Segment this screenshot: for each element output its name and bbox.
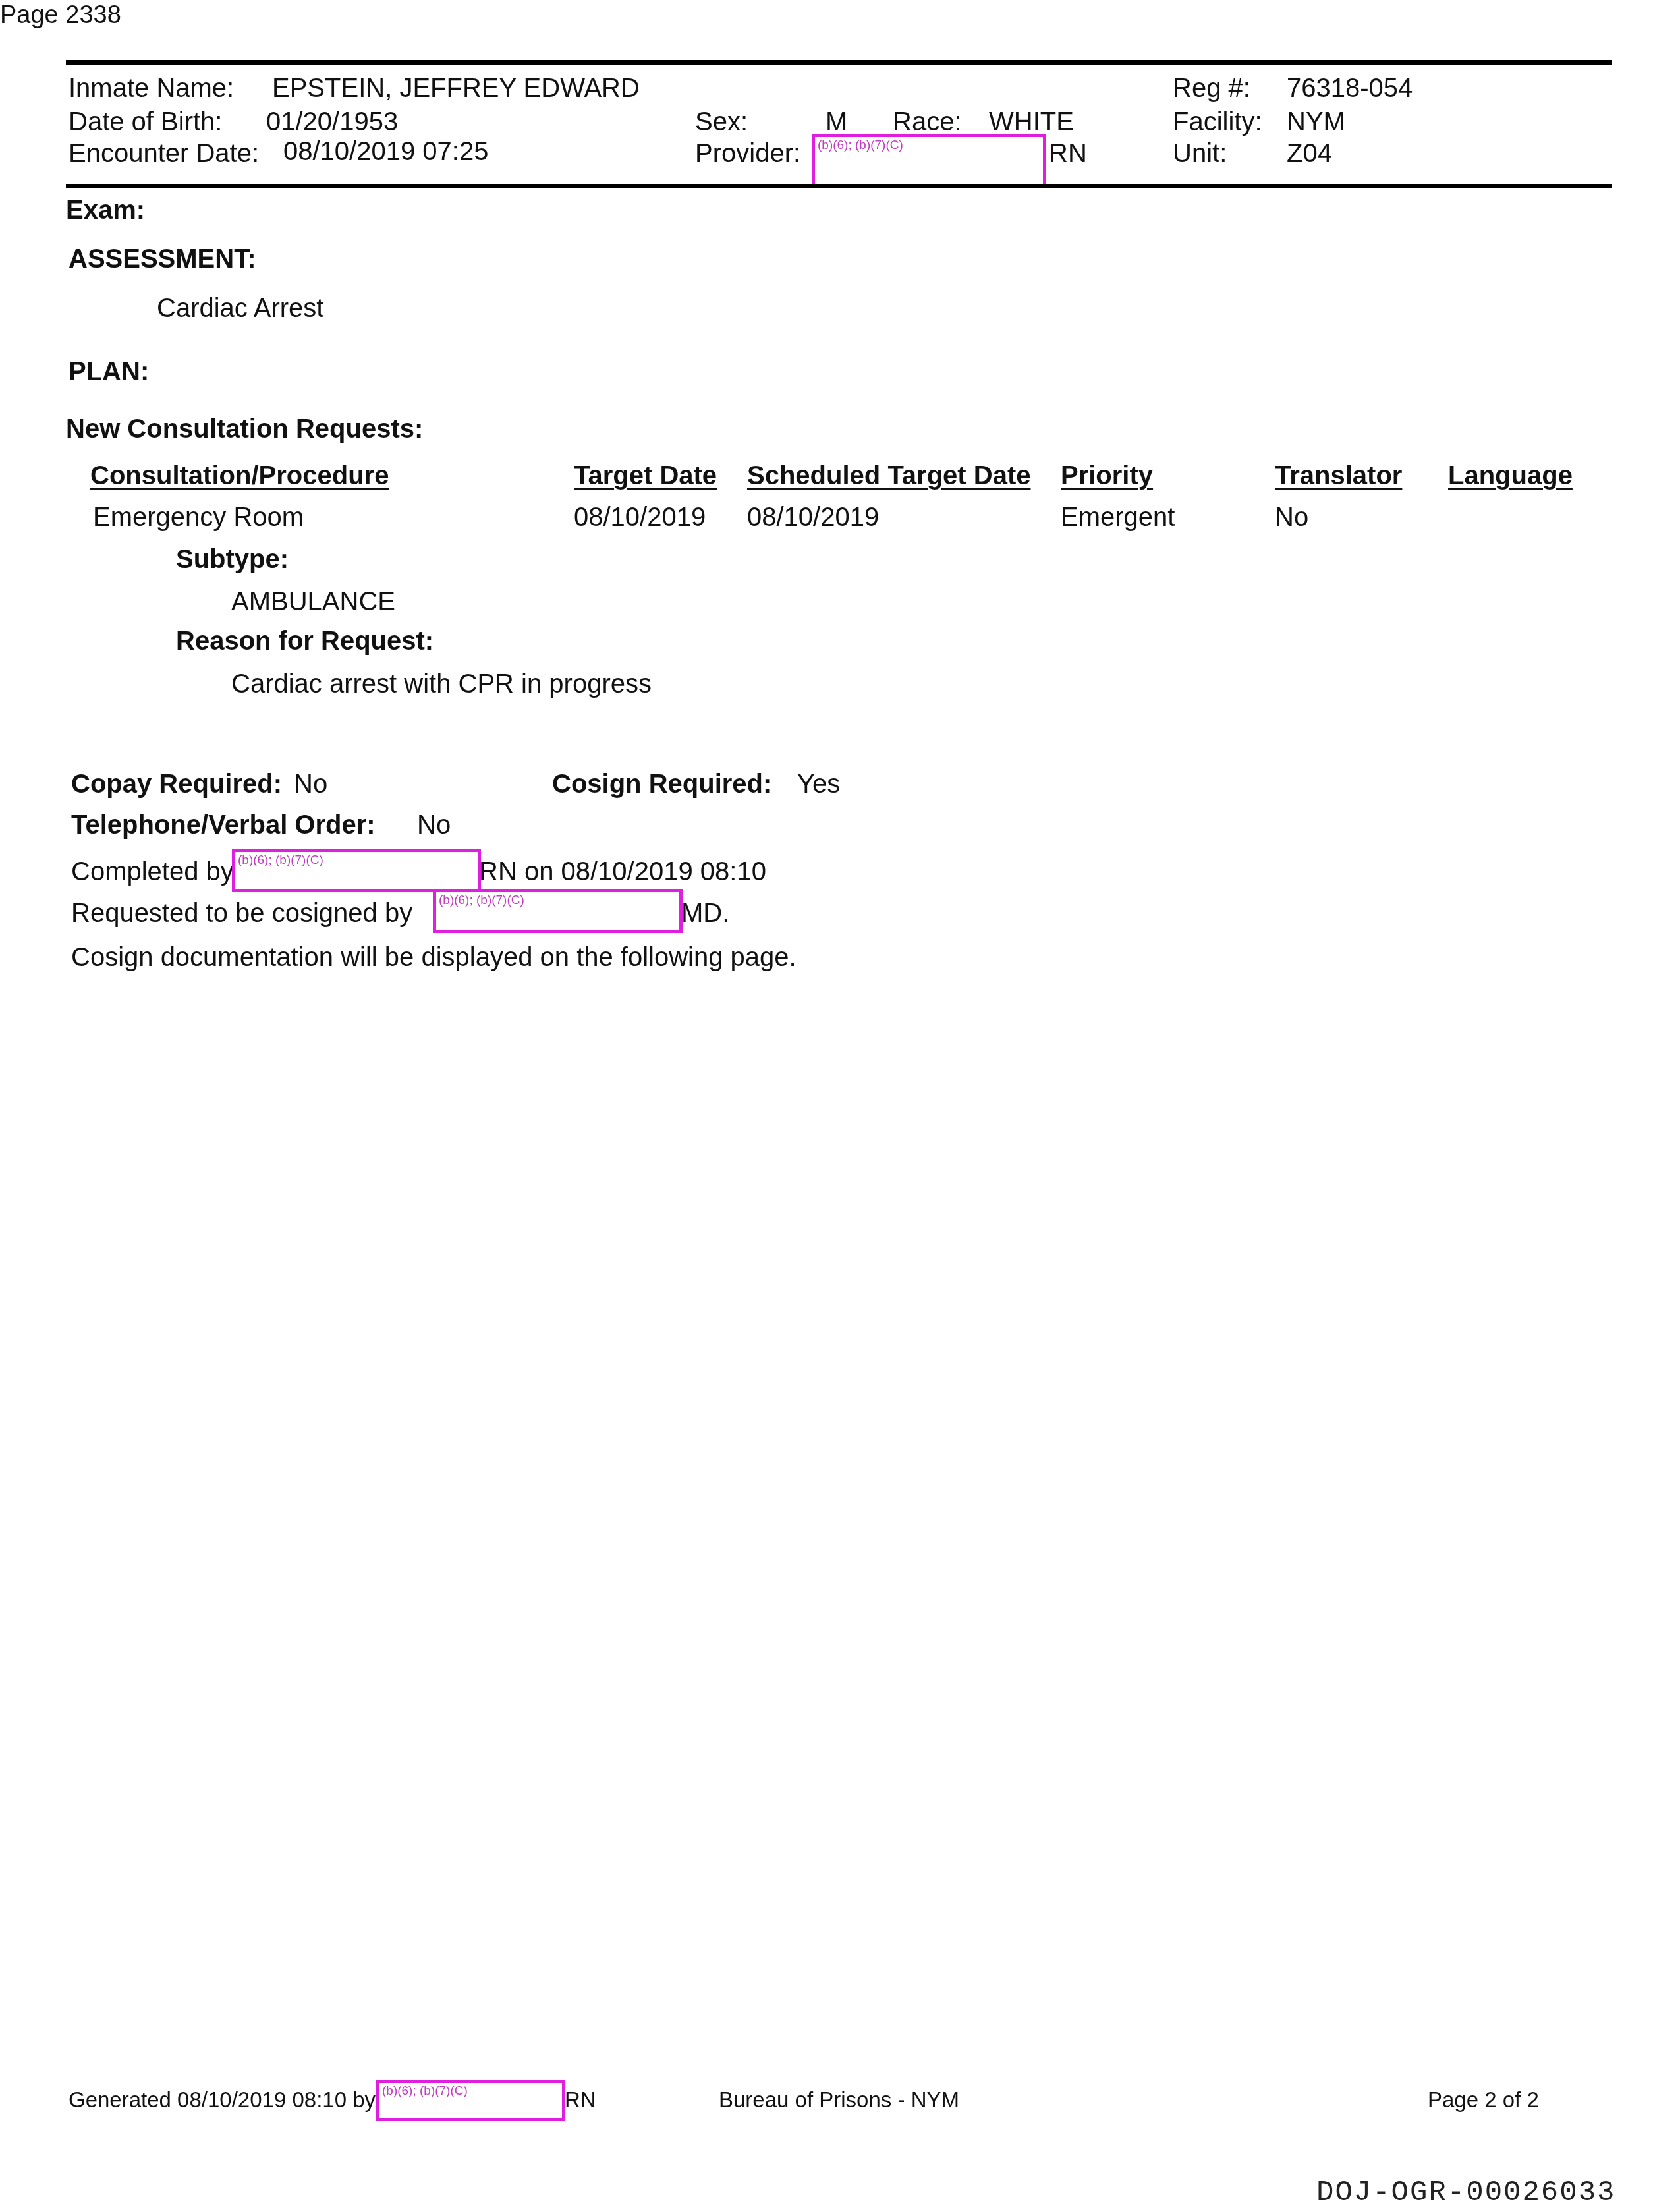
inmate-name-label: Inmate Name: xyxy=(69,75,234,101)
requested-cosign-prefix: Requested to be cosigned by xyxy=(71,900,412,926)
column-header-priority: Priority xyxy=(1061,463,1153,489)
cell-scheduled-target-date: 08/10/2019 xyxy=(747,504,879,530)
generated-suffix: RN xyxy=(565,2089,596,2111)
cell-target-date: 08/10/2019 xyxy=(574,504,706,530)
page-number-label: Page 2338 xyxy=(0,3,121,28)
assessment-text: Cardiac Arrest xyxy=(157,295,323,322)
cosign-note: Cosign documentation will be displayed o… xyxy=(71,944,797,971)
reason-value: Cardiac arrest with CPR in progress xyxy=(231,671,652,697)
unit-value: Z04 xyxy=(1287,140,1332,167)
column-header-consultation: Consultation/Procedure xyxy=(90,463,389,489)
redaction-box-generated-by: (b)(6); (b)(7)(C) xyxy=(376,2080,565,2121)
plan-heading: PLAN: xyxy=(69,358,149,385)
assessment-heading: ASSESSMENT: xyxy=(69,246,256,272)
cell-priority: Emergent xyxy=(1061,504,1175,530)
facility-label: Facility: xyxy=(1173,109,1262,135)
encounter-date-label: Encounter Date: xyxy=(69,140,259,167)
redaction-code: (b)(6); (b)(7)(C) xyxy=(382,2084,468,2099)
copay-value: No xyxy=(294,771,327,797)
consultation-heading: New Consultation Requests: xyxy=(66,416,423,442)
completed-by-prefix: Completed by xyxy=(71,859,234,885)
provider-label: Provider: xyxy=(695,140,800,167)
reg-value: 76318-054 xyxy=(1287,75,1413,101)
race-label: Race: xyxy=(893,109,962,135)
redaction-code: (b)(6); (b)(7)(C) xyxy=(439,893,524,908)
column-header-scheduled-target-date: Scheduled Target Date xyxy=(747,463,1030,489)
cell-translator: No xyxy=(1275,504,1308,530)
redaction-box-completed-by: (b)(6); (b)(7)(C) xyxy=(232,849,481,892)
provider-suffix: RN xyxy=(1049,140,1087,167)
footer-page-of: Page 2 of 2 xyxy=(1428,2089,1539,2111)
requested-cosign-suffix: MD. xyxy=(681,900,729,926)
cosign-value: Yes xyxy=(797,771,840,797)
footer-organization: Bureau of Prisons - NYM xyxy=(719,2089,959,2111)
cosign-label: Cosign Required: xyxy=(552,771,771,797)
redaction-box-cosigner: (b)(6); (b)(7)(C) xyxy=(433,889,683,933)
completed-by-suffix: RN on 08/10/2019 08:10 xyxy=(479,859,766,885)
redaction-code: (b)(6); (b)(7)(C) xyxy=(238,853,323,868)
exam-heading: Exam: xyxy=(66,197,145,223)
encounter-date-value: 08/10/2019 07:25 xyxy=(283,138,488,165)
copay-label: Copay Required: xyxy=(71,771,282,797)
reason-label: Reason for Request: xyxy=(176,628,434,654)
subtype-value: AMBULANCE xyxy=(231,588,395,615)
subtype-label: Subtype: xyxy=(176,546,289,573)
dob-label: Date of Birth: xyxy=(69,109,222,135)
sex-value: M xyxy=(826,109,847,135)
redaction-box-provider: (b)(6); (b)(7)(C) xyxy=(812,134,1046,187)
header-top-rule xyxy=(66,60,1612,65)
unit-label: Unit: xyxy=(1173,140,1227,167)
generated-prefix: Generated 08/10/2019 08:10 by xyxy=(69,2089,376,2111)
column-header-language: Language xyxy=(1448,463,1573,489)
inmate-name-value: EPSTEIN, JEFFREY EDWARD xyxy=(272,75,640,101)
telephone-order-label: Telephone/Verbal Order: xyxy=(71,812,376,838)
cell-consultation: Emergency Room xyxy=(93,504,304,530)
sex-label: Sex: xyxy=(695,109,748,135)
dob-value: 01/20/1953 xyxy=(266,109,398,135)
header-bottom-rule xyxy=(66,184,1612,188)
facility-value: NYM xyxy=(1287,109,1345,135)
telephone-order-value: No xyxy=(417,812,451,838)
redaction-code: (b)(6); (b)(7)(C) xyxy=(818,138,903,153)
reg-label: Reg #: xyxy=(1173,75,1250,101)
bates-number: DOJ-OGR-00026033 xyxy=(1316,2178,1615,2207)
race-value: WHITE xyxy=(989,109,1074,135)
column-header-target-date: Target Date xyxy=(574,463,717,489)
column-header-translator: Translator xyxy=(1275,463,1402,489)
